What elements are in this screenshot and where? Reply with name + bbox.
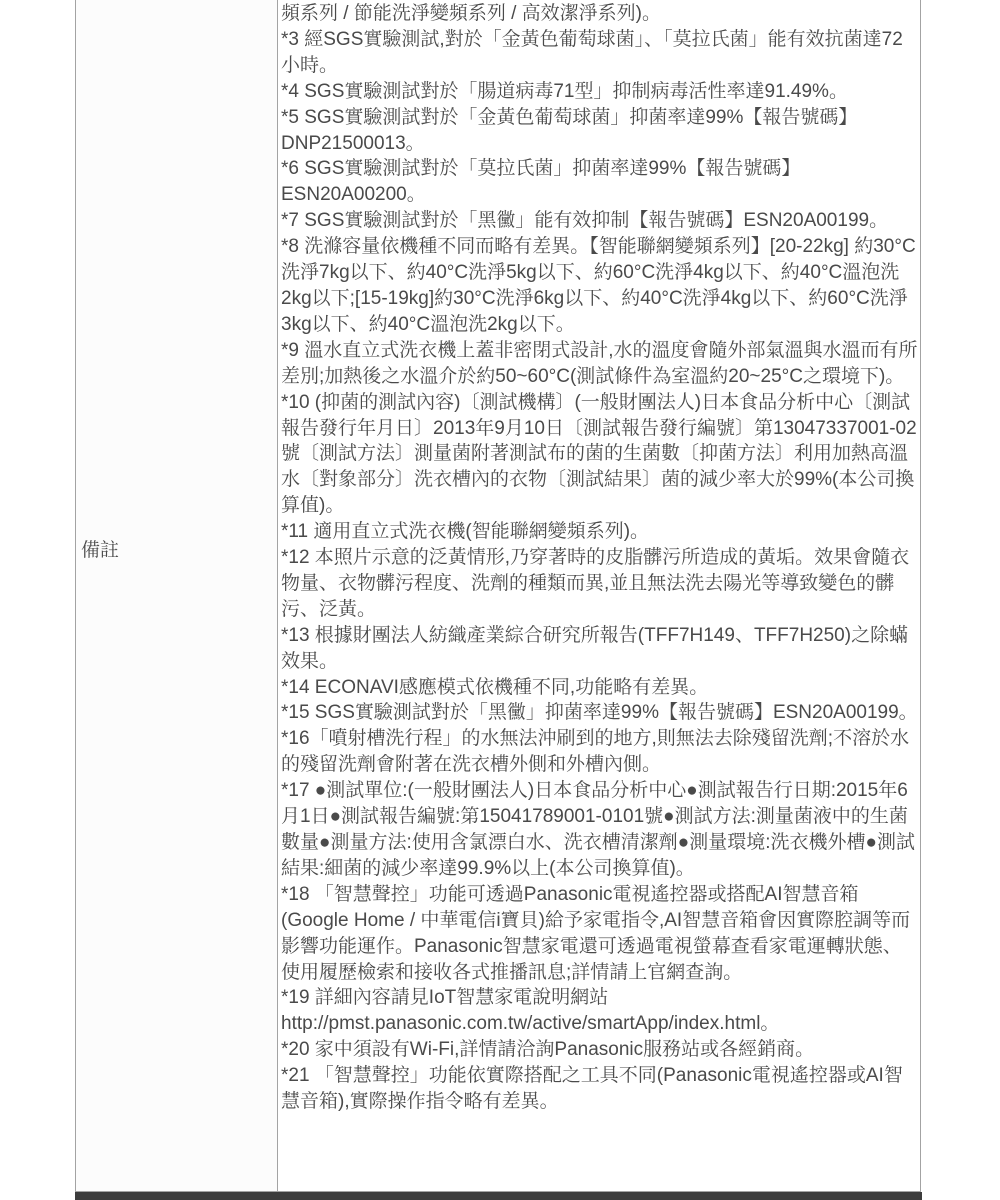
- note-18: *18 「智慧聲控」功能可透過Panasonic電視遙控器或搭配AI智慧音箱(G…: [281, 882, 918, 986]
- note-13: *13 根據財團法人紡織產業綜合研究所報告(TFF7H149、TFF7H250)…: [281, 623, 918, 675]
- note-5: *5 SGS實驗測試對於「金黃色葡萄球菌」抑菌率達99%【報告號碼】DNP215…: [281, 105, 918, 157]
- note-17: *17 ●測試單位:(一般財團法人)日本食品分析中心●測試報告行日期:2015年…: [281, 778, 918, 882]
- note-7: *7 SGS實驗測試對於「黑黴」能有效抑制【報告號碼】ESN20A00199。: [281, 208, 918, 234]
- note-14: *14 ECONAVI感應模式依機種不同,功能略有差異。: [281, 675, 918, 701]
- note-4: *4 SGS實驗測試對於「腸道病毒71型」抑制病毒活性率達91.49%。: [281, 79, 918, 105]
- note-8: *8 洗滌容量依機種不同而略有差異。【智能聯網變頻系列】[20-22kg] 約3…: [281, 234, 918, 338]
- note-continuation: 頻系列 / 節能洗淨變頻系列 / 高效潔淨系列)。: [281, 1, 918, 27]
- remarks-notes-cell: 頻系列 / 節能洗淨變頻系列 / 高效潔淨系列)。 *3 經SGS實驗測試,對於…: [278, 0, 920, 1191]
- note-3: *3 經SGS實驗測試,對於「金黃色葡萄球菌」、「莫拉氏菌」能有效抗菌達72小時…: [281, 27, 918, 79]
- note-16: *16「噴射槽洗行程」的水無法沖刷到的地方,則無法去除殘留洗劑;不溶於水的殘留洗…: [281, 726, 918, 778]
- note-10: *10 (抑菌的測試內容)〔測試機構〕(一般財團法人)日本食品分析中心〔測試報告…: [281, 390, 918, 520]
- next-section-header-bar: [75, 1192, 922, 1200]
- remarks-row-label: 備註: [81, 535, 119, 562]
- remarks-row-header-cell: 備註: [76, 0, 278, 1191]
- note-11: *11 適用直立式洗衣機(智能聯網變頻系列)。: [281, 519, 918, 545]
- note-6: *6 SGS實驗測試對於「莫拉氏菌」抑菌率達99%【報告號碼】ESN20A002…: [281, 156, 918, 208]
- note-20: *20 家中須設有Wi-Fi,詳情請洽詢Panasonic服務站或各經銷商。: [281, 1037, 918, 1063]
- note-21: *21 「智慧聲控」功能依實際搭配之工具不同(Panasonic電視遙控器或AI…: [281, 1063, 918, 1115]
- note-15: *15 SGS實驗測試對於「黑黴」抑菌率達99%【報告號碼】ESN20A0019…: [281, 700, 918, 726]
- spec-remarks-table: 備註 頻系列 / 節能洗淨變頻系列 / 高效潔淨系列)。 *3 經SGS實驗測試…: [75, 0, 921, 1192]
- note-19: *19 詳細內容請見IoT智慧家電說明網站 http://pmst.panaso…: [281, 985, 918, 1037]
- note-9: *9 溫水直立式洗衣機上蓋非密閉式設計,水的溫度會隨外部氣溫與水溫而有所差別;加…: [281, 338, 918, 390]
- note-12: *12 本照片示意的泛黃情形,乃穿著時的皮脂髒污所造成的黃垢。效果會隨衣物量、衣…: [281, 545, 918, 623]
